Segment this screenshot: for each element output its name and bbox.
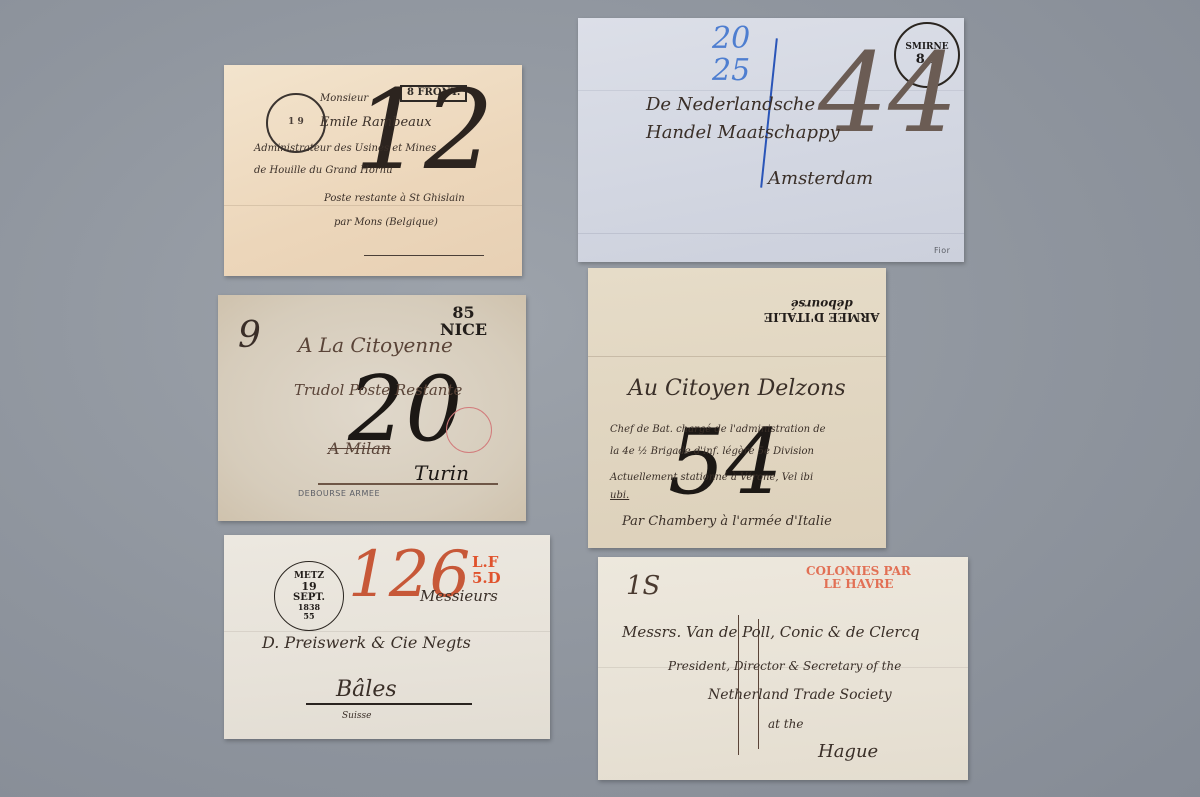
address-line: De Nederlandsche (646, 94, 815, 115)
address-line: at the (768, 717, 803, 731)
pencil-note: DEBOURSE ARMEE (298, 489, 380, 498)
postal-cover-5: METZ 19 SEPT. 1838 55 L.F5.D 126 Messieu… (224, 535, 550, 739)
address-line: A Milan (328, 439, 391, 458)
red-postmark (446, 407, 492, 453)
left-mark: 1S (626, 571, 660, 601)
address-line: Actuellement stationné à Vérone, Vel ibi (610, 472, 813, 483)
postal-cover-2: SMIRNE8 1 20 25 44 De Nederlandsche Hand… (578, 18, 964, 262)
address-line: Administrateur des Usines et Mines (254, 143, 436, 154)
blue-rate-top: 20 (712, 24, 750, 54)
blue-rate-bottom: 25 (712, 56, 750, 86)
address-line: Poste restante à St Ghislain (324, 193, 465, 204)
address-line: Emile Rambeaux (320, 115, 432, 130)
address-line: Turin (414, 461, 469, 485)
colonies-le-havre-red-stamp: COLONIES PARLE HAVRE (806, 565, 911, 590)
address-line: Messieurs (420, 587, 498, 605)
address-line: D. Preiswerk & Cie Negts (262, 633, 471, 652)
address-line: Trudol Poste Restante (294, 381, 462, 399)
underline (306, 703, 472, 705)
postal-cover-6: COLONIES PARLE HAVRE 1S Messrs. Van de P… (598, 557, 968, 780)
metz-postmark: METZ 19 SEPT. 1838 55 (274, 561, 344, 631)
strike-line (318, 483, 498, 485)
address-line: ubi. (610, 490, 629, 501)
postal-cover-3: 85NICE 9 20 A La Citoyenne Trudol Poste … (218, 295, 526, 521)
address-line: President, Director & Secretary of the (668, 659, 901, 673)
address-line: Monsieur (320, 93, 368, 104)
address-line: Hague (818, 741, 878, 762)
left-mark: 9 (238, 315, 261, 356)
address-line: Messrs. Van de Poll, Conic & de Clercq (622, 623, 920, 641)
address-line: Par Chambery à l'armée d'Italie (622, 514, 832, 529)
pencil-note: Fior (934, 246, 950, 255)
address-line: A La Citoyenne (298, 333, 453, 357)
address-line: la 4e ½ Brigade d'inf. légère 5e Divisio… (610, 446, 814, 457)
address-line: Au Citoyen Delzons (628, 376, 846, 401)
armee-italie-stamp: ARMEE D'ITALIEdéboursé (764, 298, 880, 323)
lf-5d-red-stamp: L.F5.D (472, 555, 501, 587)
address-line: Suisse (342, 711, 371, 721)
address-line: Bâles (336, 677, 397, 702)
address-line: par Mons (Belgique) (334, 217, 438, 228)
underline (364, 255, 484, 256)
address-line: Handel Maatschappy (646, 122, 840, 143)
address-line: de Houille du Grand Hornu (254, 165, 393, 176)
postal-cover-1: 1 9 8 FRONT. 12 Monsieur Emile Rambeaux … (224, 65, 522, 276)
postal-cover-4: ARMEE D'ITALIEdéboursé 54 Au Citoyen Del… (588, 268, 886, 548)
address-line: Netherland Trade Society (708, 687, 892, 703)
address-line: Chef de Bat. chargé de l'administration … (610, 424, 826, 435)
address-line: Amsterdam (768, 168, 873, 189)
